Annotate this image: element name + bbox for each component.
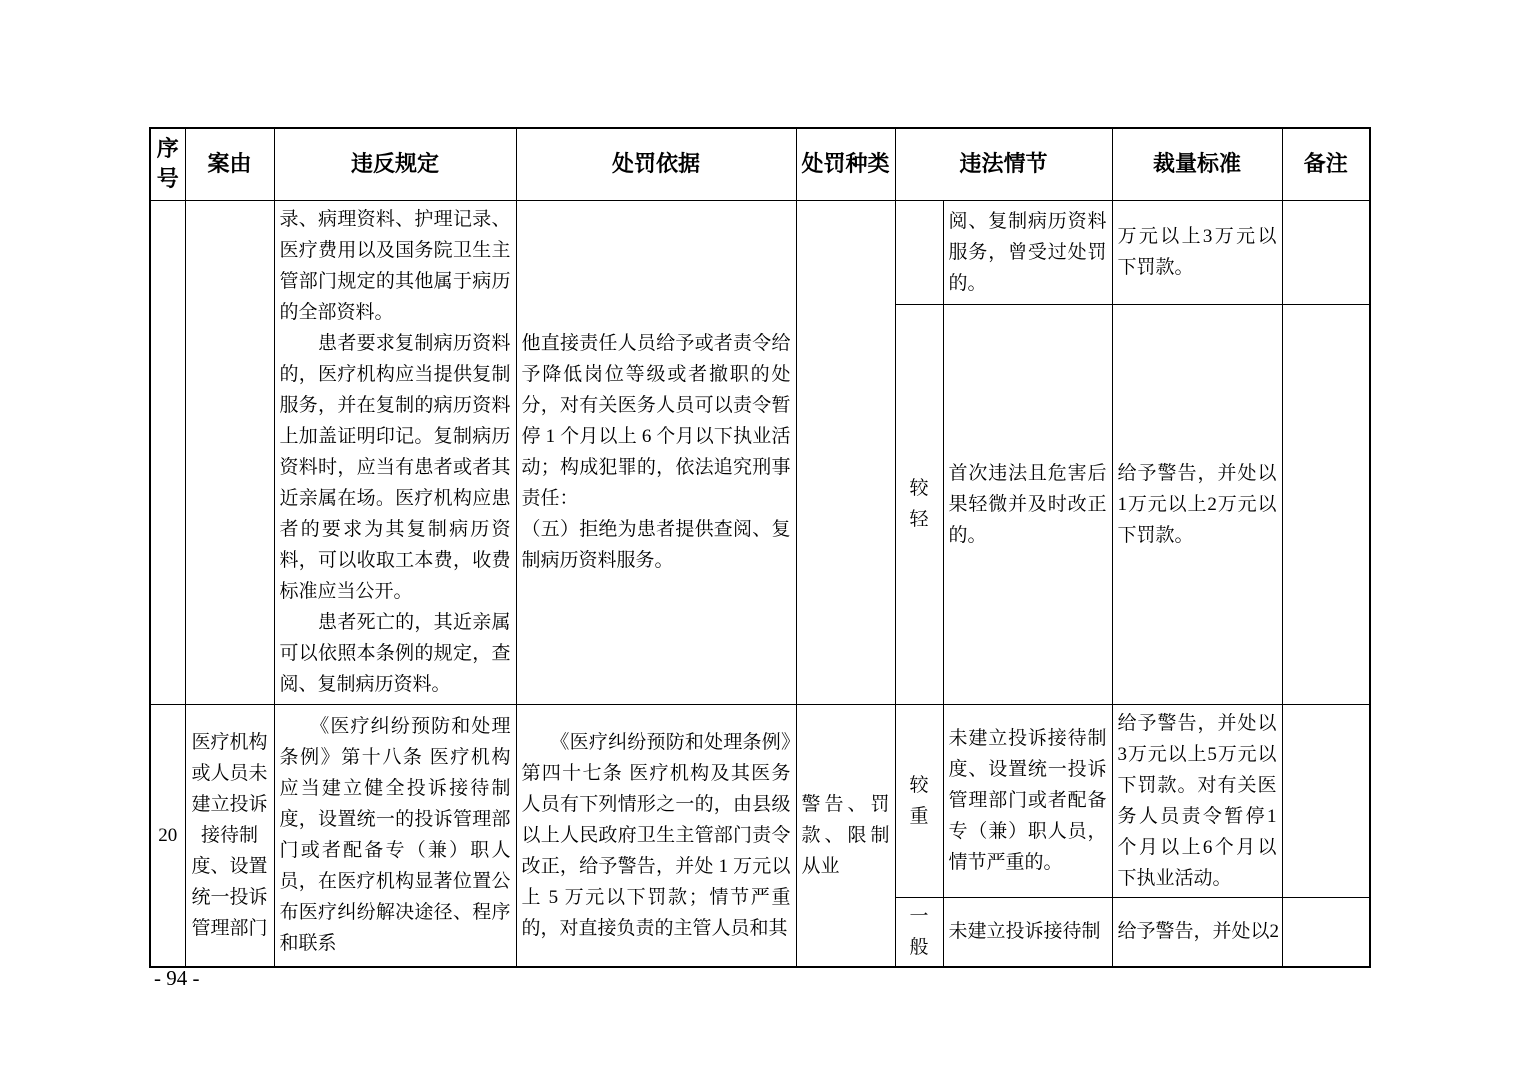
table-header-row: 序号 案由 违反规定 处罚依据 处罚种类 违法情节 裁量标准 备注 <box>150 128 1370 200</box>
cell-cause-row1 <box>185 200 274 704</box>
cell-standard-row1b: 给予警告，并处以1万元以上2万元以下罚款。 <box>1112 304 1282 704</box>
cell-standard-row1a: 万元以上3万元以下罚款。 <box>1112 200 1282 304</box>
penalty-discretion-table: 序号 案由 违反规定 处罚依据 处罚种类 违法情节 裁量标准 备注 录、病理资料… <box>149 127 1371 968</box>
cell-remark-row20a <box>1282 704 1370 897</box>
document-page: 序号 案由 违反规定 处罚依据 处罚种类 违法情节 裁量标准 备注 录、病理资料… <box>0 0 1520 1074</box>
cell-circumstance-row20a: 未建立投诉接待制度、设置统一投诉管理部门或者配备专（兼）职人员，情节严重的。 <box>943 704 1112 897</box>
cell-basis-row20: 《医疗纠纷预防和处理条例》第四十七条 医疗机构及其医务人员有下列情形之一的，由县… <box>516 704 796 967</box>
cell-violation-row1: 录、病理资料、护理记录、医疗费用以及国务院卫生主管部门规定的其他属于病历的全部资… <box>274 200 516 704</box>
cell-circumstance-row20b: 未建立投诉接待制 <box>943 897 1112 967</box>
cell-basis-row1: 他直接责任人员给予或者责令给予降低岗位等级或者撤职的处分，对有关医务人员可以责令… <box>516 200 796 704</box>
header-seq: 序号 <box>150 128 185 200</box>
cell-remark-row1b <box>1282 304 1370 704</box>
cell-cause-row20: 医疗机构或人员未建立投诉接待制度、设置统一投诉管理部门 <box>185 704 274 967</box>
cell-remark-row1a <box>1282 200 1370 304</box>
cell-violation-row20: 《医疗纠纷预防和处理条例》第十八条 医疗机构应当建立健全投诉接待制度，设置统一的… <box>274 704 516 967</box>
header-basis: 处罚依据 <box>516 128 796 200</box>
cell-severity-row20b: 一般 <box>895 897 943 967</box>
cell-severity-row1a <box>895 200 943 304</box>
cell-penalty-type-row20: 警告、罚款、限制从业 <box>796 704 895 967</box>
header-remark: 备注 <box>1282 128 1370 200</box>
cell-remark-row20b <box>1282 897 1370 967</box>
header-violation: 违反规定 <box>274 128 516 200</box>
cell-seq-row1 <box>150 200 185 704</box>
header-circumstances: 违法情节 <box>895 128 1112 200</box>
cell-standard-row20a: 给予警告，并处以3万元以上5万元以下罚款。对有关医务人员责令暂停1个月以上6个月… <box>1112 704 1282 897</box>
page-number: - 94 - <box>154 965 200 991</box>
cell-circumstance-row1a: 阅、复制病历资料服务，曾受过处罚的。 <box>943 200 1112 304</box>
table-row-1a: 录、病理资料、护理记录、医疗费用以及国务院卫生主管部门规定的其他属于病历的全部资… <box>150 200 1370 304</box>
cell-circumstance-row1b: 首次违法且危害后果轻微并及时改正的。 <box>943 304 1112 704</box>
cell-penalty-type-row1 <box>796 200 895 704</box>
cell-standard-row20b: 给予警告，并处以2 <box>1112 897 1282 967</box>
header-penalty-type: 处罚种类 <box>796 128 895 200</box>
header-cause: 案由 <box>185 128 274 200</box>
cell-severity-row1b: 较轻 <box>895 304 943 704</box>
table-row-20a: 20 医疗机构或人员未建立投诉接待制度、设置统一投诉管理部门 《医疗纠纷预防和处… <box>150 704 1370 897</box>
cell-seq-row20: 20 <box>150 704 185 967</box>
header-standard: 裁量标准 <box>1112 128 1282 200</box>
cell-severity-row20a: 较重 <box>895 704 943 897</box>
